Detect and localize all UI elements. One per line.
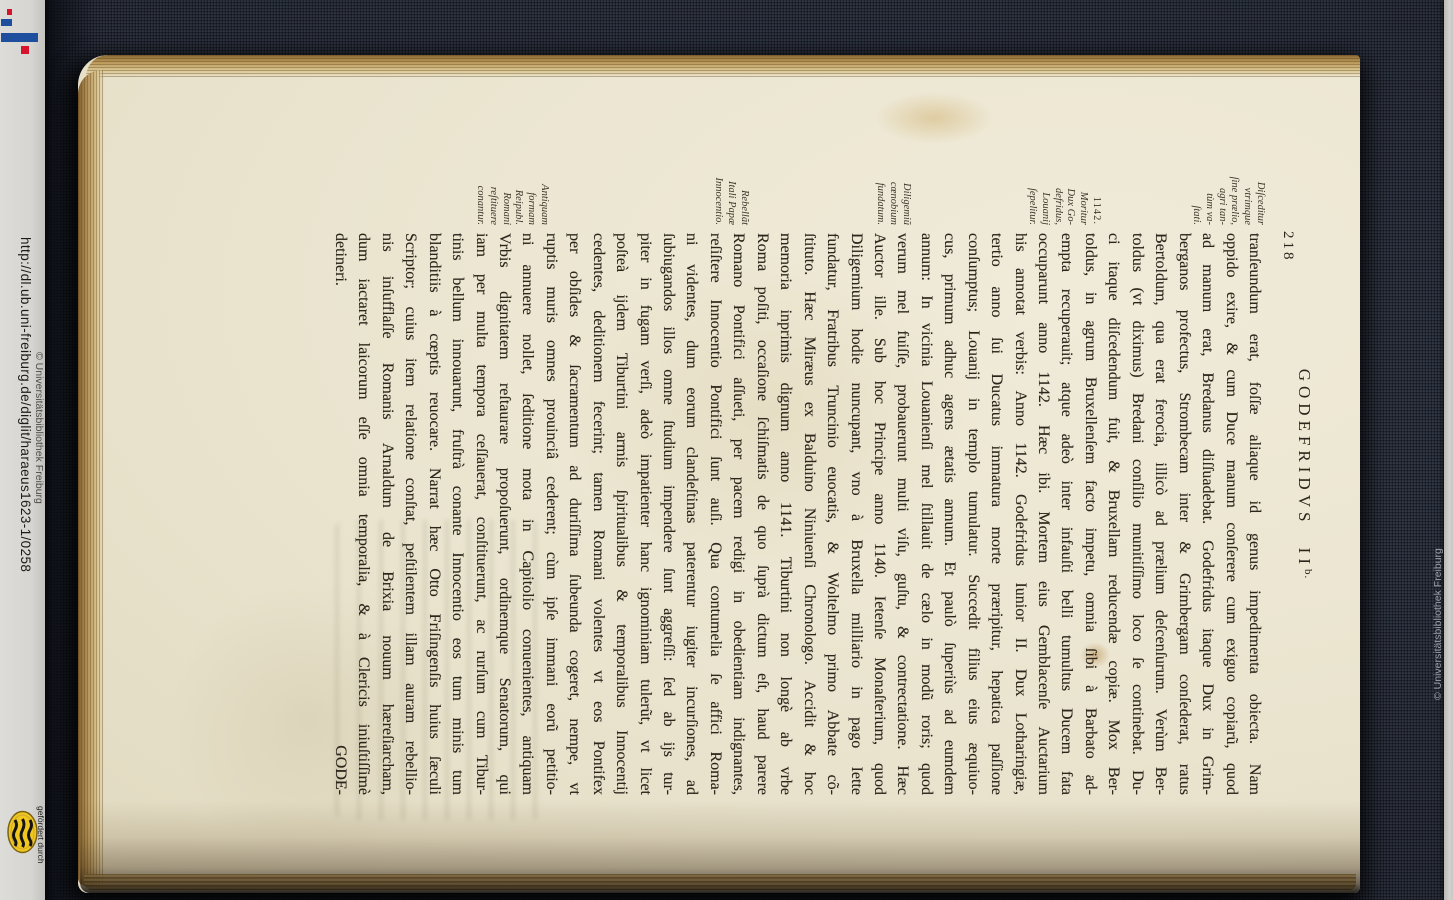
book-scan-viewport: 218 GODEFRIDVS IIb. tranſeundum erat, fo… <box>0 0 1453 900</box>
text-line: ſubiugandos illos omne ſtudium impendere… <box>657 233 680 795</box>
margin-note-line: Romani <box>499 135 512 225</box>
text-line: tranſeundum erat, foſſæ aliaque id genus… <box>1243 233 1266 795</box>
text-line: cus, primum adhuc agens ætatis annum. Et… <box>938 233 961 795</box>
text-line: oppido exire, & cum Duce manum conſerere… <box>1219 233 1242 795</box>
page-edge-stack-left <box>78 70 104 886</box>
text-line: ni annuere nollet, ſeditione mota in Cap… <box>516 233 539 795</box>
margin-note-line: reſtituere <box>486 135 499 225</box>
margin-note: Antiquam formam Reipubl. Romani reſtitue… <box>473 135 550 225</box>
text-line: toldus (vt diximus) Bredani conſilio mun… <box>1125 233 1148 795</box>
margin-note-line: cœnobium <box>886 135 899 225</box>
text-line: blanditiis à cœptis reuocare. Narrat hæc… <box>422 233 445 795</box>
margin-note-line: formam <box>524 135 537 225</box>
running-title-text: GODEFRIDVS II <box>1295 369 1314 569</box>
copyright-label-left: © Universitätsbibliothek Freiburg <box>33 352 45 504</box>
margin-note-line: defridus, <box>1051 135 1064 225</box>
ub-freiburg-logo-icon <box>0 6 45 58</box>
text-line: verum mel fuiſſe, probauerunt multi viſu… <box>891 233 914 795</box>
text-line: fundatur, Fratribus Truncinio euocatis, … <box>821 233 844 795</box>
funding-label: gefördert durch <box>36 806 46 864</box>
margin-note-line: ſine prælio, <box>1228 135 1241 225</box>
margin-note-line: Louanij <box>1038 135 1051 225</box>
text-line: Auctor ille. Sub hoc Principe anno 1140.… <box>868 233 891 795</box>
text-line: detineri.GODE- <box>329 233 352 795</box>
margin-note-line: 1142. <box>1089 135 1102 225</box>
text-line: nis inſufflaſſe Romanis Arnaldum de Brix… <box>375 233 398 795</box>
text-line: ſtituto. Hæc Miræus ex Balduino Niniuenſ… <box>797 233 820 795</box>
text-line: iam per multa tempora ceſſauerat, conſti… <box>469 233 492 795</box>
logo-red-square <box>21 46 29 54</box>
running-title: GODEFRIDVS IIb. <box>1294 55 1314 893</box>
text-line: Vrbis dignitatem reſtaurare propoſuerunt… <box>493 233 516 795</box>
margin-note: Rebellãt Itali Papæ Innocentio. <box>712 135 750 225</box>
margin-note-line: Reipubl. <box>512 135 525 225</box>
baden-wuerttemberg-coat-of-arms-icon <box>7 810 39 854</box>
text-line: Romano Pontifici aſſueti, per pacem redi… <box>727 233 750 795</box>
margin-note: Diligemiũ cœnobium fundatum. <box>874 135 912 225</box>
text-line: ni videntes, dum eorum clandeſtinas pate… <box>680 233 703 795</box>
running-title-superscript: b. <box>1302 569 1314 579</box>
last-line-text: detineri. <box>329 233 352 286</box>
text-line: ci itaque diſcedendum fuit, & Bruxellam … <box>1102 233 1125 795</box>
margin-note-line: fundatum. <box>874 135 887 225</box>
margin-note-line: Innocentio. <box>712 135 725 225</box>
margin-note-line: Diſceditur <box>1253 135 1266 225</box>
page-edge-stack-top <box>86 55 1360 77</box>
text-line: cedentes, deditionem fecerint; tamen Rom… <box>586 233 609 795</box>
margin-note-line: vtrimque <box>1240 135 1253 225</box>
text-line: annum: In vicinia Louanienſi mel ſtillau… <box>914 233 937 795</box>
text-line: dum iactaret laicorum eſſe omnia tempora… <box>352 233 375 795</box>
text-line: per obſides & ſacramentum ad duriſſima ſ… <box>563 233 586 795</box>
margin-note-line: ſepelitur. <box>1025 135 1038 225</box>
margin-note-line: Moritur <box>1076 135 1089 225</box>
logo-blue-bar <box>1 33 38 42</box>
text-line: tertio anno ſui Ducatus immatura morte p… <box>985 233 1008 795</box>
text-line: ad manum erat, Bredanus diſſuadebat. God… <box>1196 233 1219 795</box>
margin-note-line: Antiquam <box>537 135 550 225</box>
body-text: tranſeundum erat, foſſæ aliaque id genus… <box>329 233 1267 795</box>
text-line: his annotat verbis: Anno 1142. Godefridu… <box>1008 233 1031 795</box>
margin-note: Diſceditur vtrimque ſine prælio, agri ta… <box>1189 135 1266 225</box>
margin-note-line: Itali Papæ <box>724 135 737 225</box>
margin-note: 1142. Moritur Dux Go- defridus, Louanij … <box>1025 135 1102 225</box>
margin-note-line: agri tan- <box>1215 135 1228 225</box>
text-line: conſumptus; Louanij in templo tumulatur.… <box>961 233 984 795</box>
page-edge-stack-bottom <box>84 874 1356 890</box>
copyright-label-right: © Universitätsbibliothek Freiburg <box>1432 548 1444 700</box>
text-line: Diligemium hodie nuncupant, vno à Bruxel… <box>844 233 867 795</box>
margin-note-line: Diligemiũ <box>899 135 912 225</box>
page-text-layer: 218 GODEFRIDVS IIb. tranſeundum erat, fo… <box>78 55 1360 893</box>
text-line: Bertoldum, qua erat ferocia, illicò ad p… <box>1149 233 1172 795</box>
text-line: reſiſtere Innocentio Pontifici ſunt auſi… <box>704 233 727 795</box>
margin-note-line: Dux Go- <box>1064 135 1077 225</box>
logo-red-square <box>7 9 12 15</box>
text-line: toldus, in agrum Bruxellenſem facto impe… <box>1079 233 1102 795</box>
text-line: berganos profectus, Strombecam inter & G… <box>1172 233 1195 795</box>
text-line: ruptis muris omnes prouinciâ cederent; c… <box>539 233 562 795</box>
catchword: GODE- <box>329 745 352 795</box>
margin-note-line: Rebellãt <box>737 135 750 225</box>
scanner-strip-right <box>1444 0 1453 900</box>
logo-blue-bar <box>1 19 12 26</box>
text-line: empta recuperauit; atque adeò inter infa… <box>1055 233 1078 795</box>
margin-note-line: ſtati. <box>1189 135 1202 225</box>
text-line: memoria inprimis dignum anno 1141. Tibur… <box>774 233 797 795</box>
text-line: Roma poſiti, occaſione ſchiſmatis de quo… <box>750 233 773 795</box>
text-line: poſteà ijdem Tiburtini armis ſpiritualib… <box>610 233 633 795</box>
text-line: occuparunt anno 1142. Hæc ibi. Mortem ei… <box>1032 233 1055 795</box>
margin-note-line: tùm va- <box>1202 135 1215 225</box>
text-line: tinis bellum innouarunt, fruſtrà conante… <box>446 233 469 795</box>
text-line: Scriptor; cuius item relatione conſtat, … <box>399 233 422 795</box>
text-line: piter in fugam verſi, adeò impatienter h… <box>633 233 656 795</box>
source-url-label: http://dl.ub.uni-freiburg.de/diglit/hara… <box>18 237 33 572</box>
margin-note-line: conantur. <box>473 135 486 225</box>
